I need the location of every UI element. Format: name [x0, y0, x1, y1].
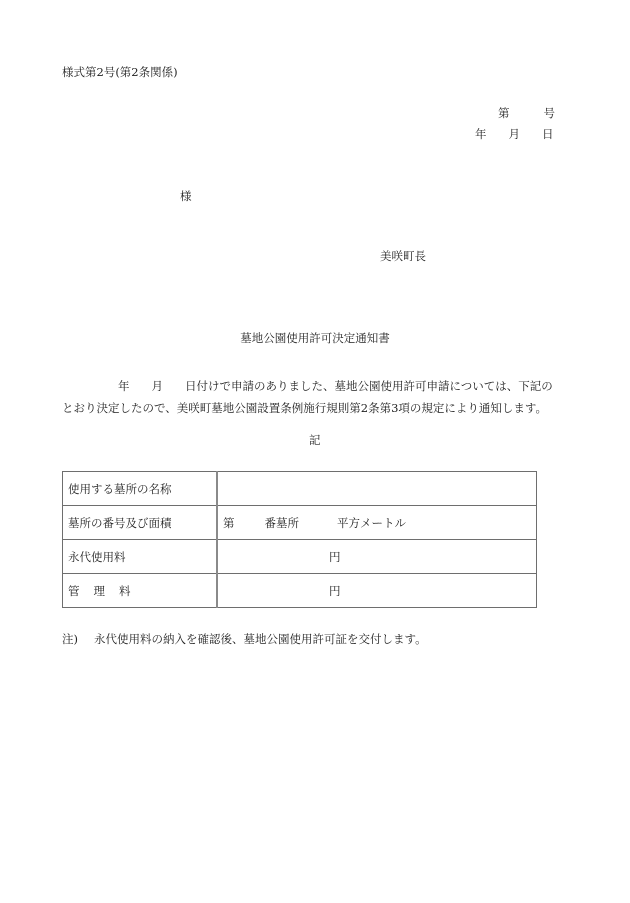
recipient-honorific: 様	[180, 191, 192, 203]
document-number: 第号	[498, 108, 555, 120]
issue-date: 年月日	[475, 129, 554, 141]
date-month: 月	[509, 127, 521, 141]
row-label: 管理料	[63, 574, 218, 608]
row-value: 円	[217, 574, 537, 608]
label-char: 理	[94, 584, 106, 598]
table-row: 墓所の番号及び面積 第番墓所平方メートル	[63, 506, 537, 540]
label-char: 管	[68, 584, 80, 598]
sender-name: 美咲町長	[380, 251, 426, 263]
row-label: 永代使用料	[63, 540, 218, 574]
yen-unit: 円	[329, 584, 341, 598]
permit-details-table: 使用する墓所の名称 墓所の番号及び面積 第番墓所平方メートル 永代使用料 円 管…	[62, 471, 537, 608]
document-title: 墓地公園使用許可決定通知書	[0, 333, 630, 345]
row-label: 墓所の番号及び面積	[63, 506, 218, 540]
row-value: 円	[217, 540, 537, 574]
plot-area-unit: 平方メートル	[337, 516, 406, 530]
body-year: 年	[118, 379, 130, 393]
plot-number-prefix: 第	[223, 516, 235, 530]
footnote: 注)永代使用料の納入を確認後、墓地公園使用許可証を交付します。	[62, 634, 427, 646]
table-row: 永代使用料 円	[63, 540, 537, 574]
form-number: 様式第2号(第2条関係)	[62, 67, 178, 79]
body-paragraph: 年月日付けで申請のありました、墓地公園使用許可申請については、下記の とおり決定…	[62, 375, 582, 419]
table-row: 使用する墓所の名称	[63, 472, 537, 506]
row-value	[217, 472, 537, 506]
date-year: 年	[475, 127, 487, 141]
document-number-suffix: 号	[544, 106, 556, 120]
plot-number-suffix: 番墓所	[265, 516, 300, 530]
footnote-prefix: 注)	[62, 632, 78, 646]
yen-unit: 円	[329, 550, 341, 564]
date-day: 日	[542, 127, 554, 141]
row-value: 第番墓所平方メートル	[217, 506, 537, 540]
ki-heading: 記	[309, 435, 321, 447]
table-row: 管理料 円	[63, 574, 537, 608]
body-text-line1: 日付けで申請のありました、墓地公園使用許可申請については、下記の	[185, 379, 553, 393]
document-number-prefix: 第	[498, 106, 510, 120]
footnote-text: 永代使用料の納入を確認後、墓地公園使用許可証を交付します。	[94, 632, 427, 646]
row-label: 使用する墓所の名称	[63, 472, 218, 506]
label-char: 料	[119, 584, 131, 598]
body-text-line2: とおり決定したので、美咲町墓地公園設置条例施行規則第2条第3項の規定により通知し…	[62, 401, 547, 415]
body-month: 月	[152, 379, 164, 393]
